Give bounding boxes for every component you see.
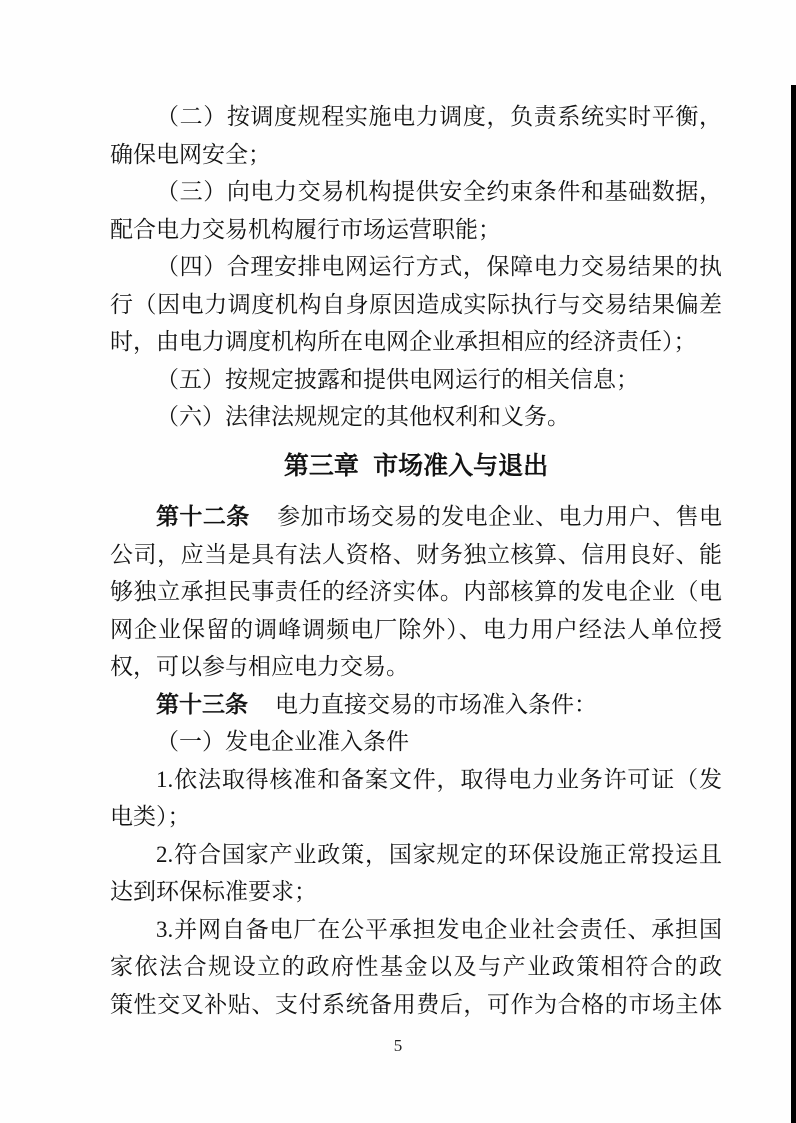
paragraph-line: 公司，应当是具有法人资格、财务独立核算、信用良好、能 [110, 536, 722, 574]
paragraph-line: 第十二条 参加市场交易的发电企业、电力用户、售电 [110, 498, 722, 536]
paragraph-line: （三）向电力交易机构提供安全约束条件和基础数据， [110, 173, 722, 211]
paragraph-line: （五）按规定披露和提供电网运行的相关信息； [110, 361, 722, 399]
article-number: 第十三条 [156, 692, 248, 717]
body-text: （二）按调度规程实施电力调度，负责系统实时平衡， 确保电网安全； （三）向电力交… [110, 98, 722, 1023]
paragraph-line: 策性交叉补贴、支付系统备用费后，可作为合格的市场主体 [110, 986, 722, 1024]
paragraph-line: 第十三条 电力直接交易的市场准入条件： [110, 686, 722, 724]
paragraph-line: （一）发电企业准入条件 [110, 723, 722, 761]
article-number: 第十二条 [156, 504, 250, 529]
paragraph-line: 时，由电力调度机构所在电网企业承担相应的经济责任）； [110, 323, 722, 361]
chapter-heading: 第三章 市场准入与退出 [110, 448, 722, 486]
paragraph-line: 达到环保标准要求； [110, 873, 722, 911]
paragraph-line: 确保电网安全； [110, 136, 722, 174]
paragraph-line: （六）法律法规规定的其他权利和义务。 [110, 398, 722, 436]
page-number: 5 [0, 1036, 796, 1056]
paragraph-line: 够独立承担民事责任的经济实体。内部核算的发电企业（电 [110, 573, 722, 611]
paragraph-line: 行（因电力调度机构自身原因造成实际执行与交易结果偏差 [110, 286, 722, 324]
paragraph-line: 家依法合规设立的政府性基金以及与产业政策相符合的政 [110, 948, 722, 986]
scan-edge-artifact [791, 85, 796, 1123]
paragraph-line: （四）合理安排电网运行方式，保障电力交易结果的执 [110, 248, 722, 286]
paragraph-line: 配合电力交易机构履行市场运营职能； [110, 211, 722, 249]
paragraph-line: 电类）； [110, 798, 722, 836]
paragraph-line: （二）按调度规程实施电力调度，负责系统实时平衡， [110, 98, 722, 136]
paragraph-line: 2.符合国家产业政策，国家规定的环保设施正常投运且 [110, 836, 722, 874]
paragraph-text: 参加市场交易的发电企业、电力用户、售电 [254, 504, 722, 529]
paragraph-line: 1.依法取得核准和备案文件，取得电力业务许可证（发 [110, 761, 722, 799]
document-page: （二）按调度规程实施电力调度，负责系统实时平衡， 确保电网安全； （三）向电力交… [0, 0, 796, 1123]
paragraph-line: 权，可以参与相应电力交易。 [110, 648, 722, 686]
paragraph-line: 3.并网自备电厂在公平承担发电企业社会责任、承担国 [110, 911, 722, 949]
paragraph-text: 电力直接交易的市场准入条件： [252, 692, 597, 717]
paragraph-line: 网企业保留的调峰调频电厂除外）、电力用户经法人单位授 [110, 611, 722, 649]
